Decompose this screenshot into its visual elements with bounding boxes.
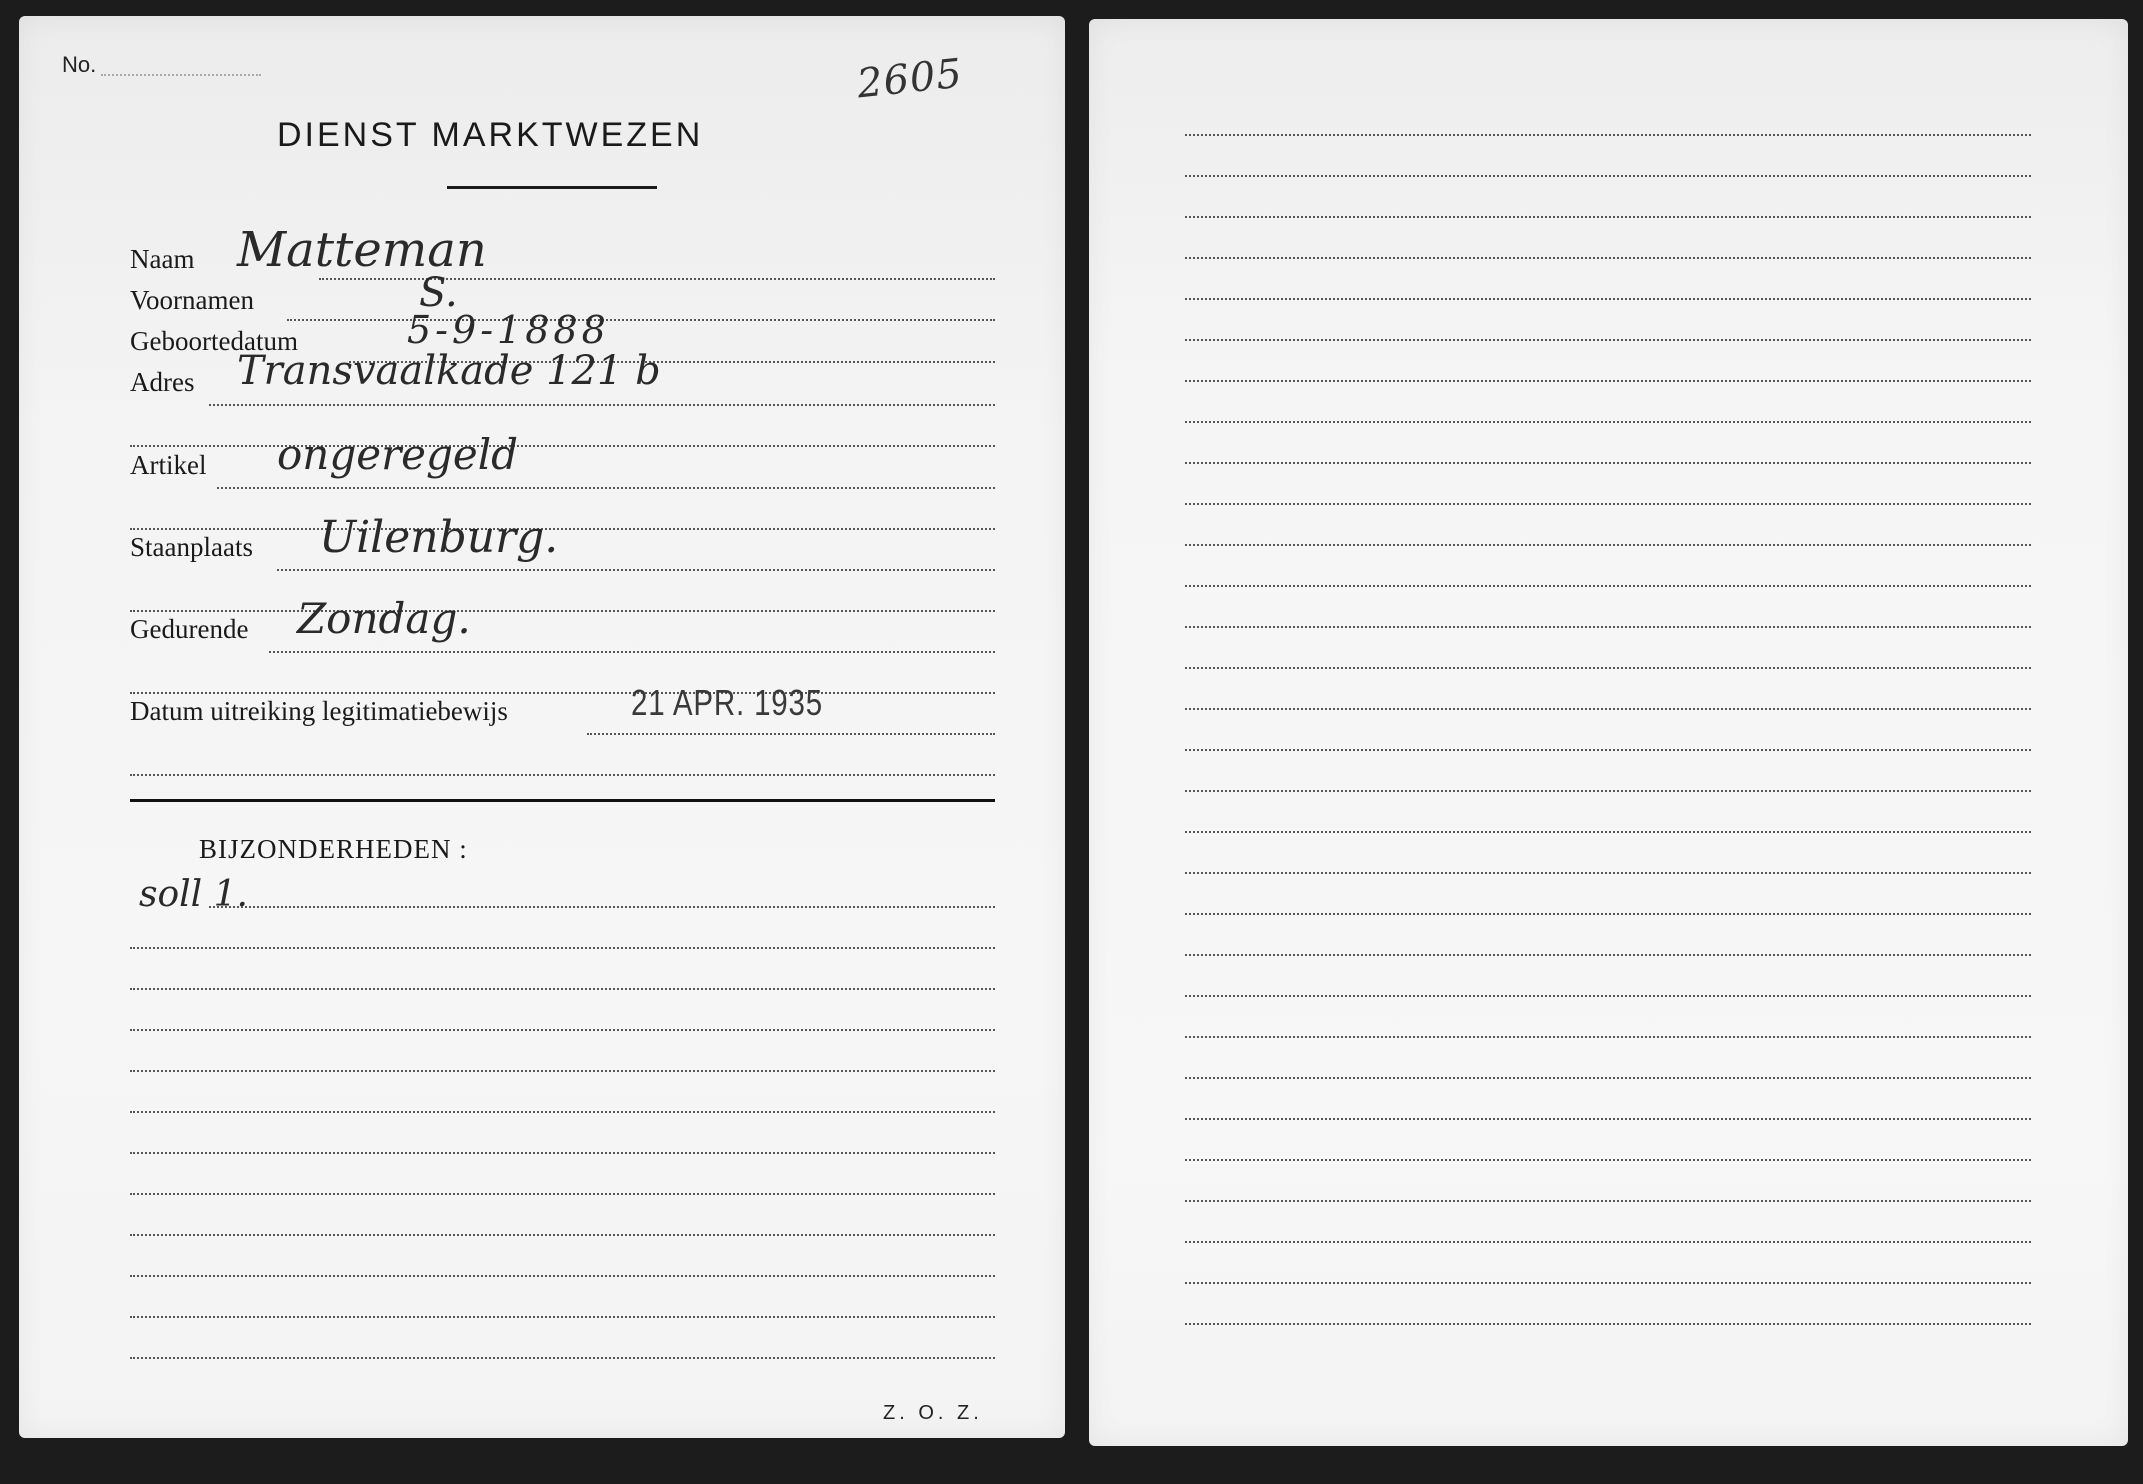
field-value-staanplaats: Uilenburg.: [319, 512, 558, 563]
title-underline: [447, 186, 657, 189]
dotted-line: [1185, 1077, 2031, 1079]
field-label-voornamen: Voornamen: [130, 285, 254, 316]
dotted-line: [1185, 216, 2031, 218]
dotted-line: [1185, 175, 2031, 177]
field-value-geboortedatum: 5-9-1888: [407, 308, 610, 352]
dotted-line: [287, 319, 995, 321]
dotted-line: [1185, 380, 2031, 382]
card-back: [1089, 19, 2128, 1446]
dotted-line: [130, 1111, 995, 1113]
dotted-line: [130, 1357, 995, 1359]
dotted-line: [1185, 544, 2031, 546]
section-divider: [130, 799, 995, 802]
dotted-line: [130, 1029, 995, 1031]
field-label-adres: Adres: [130, 367, 194, 398]
field-label-artikel: Artikel: [130, 450, 206, 481]
footer-zoz: Z. O. Z.: [883, 1402, 983, 1425]
dotted-line: [269, 651, 995, 653]
handwritten-number: 2605: [855, 51, 965, 108]
card-title: DIENST MARKTWEZEN: [277, 116, 703, 155]
dotted-line: [130, 528, 995, 530]
dotted-line: [1185, 1159, 2031, 1161]
dotted-line: [130, 1070, 995, 1072]
field-label-staanplaats: Staanplaats: [130, 532, 253, 563]
dotted-line: [130, 1234, 995, 1236]
dotted-line: [130, 1275, 995, 1277]
dotted-line: [1185, 1200, 2031, 1202]
number-dotted-line: [101, 74, 261, 76]
dotted-line: [1185, 954, 2031, 956]
dotted-line: [1185, 790, 2031, 792]
dotted-line: [209, 906, 995, 908]
dotted-line: [130, 445, 995, 447]
dotted-line: [130, 947, 995, 949]
dotted-line: [1185, 995, 2031, 997]
dotted-line: [1185, 585, 2031, 587]
dotted-line: [277, 569, 995, 571]
dotted-line: [1185, 1118, 2031, 1120]
dotted-line: [1185, 421, 2031, 423]
dotted-line: [587, 733, 995, 735]
field-label-gedurende: Gedurende: [130, 614, 248, 645]
dotted-line: [209, 404, 995, 406]
dotted-line: [1185, 913, 2031, 915]
dotted-line: [1185, 257, 2031, 259]
dotted-line: [130, 1152, 995, 1154]
dotted-line: [130, 1193, 995, 1195]
dotted-line: [130, 610, 995, 612]
dotted-line: [1185, 1241, 2031, 1243]
date-stamp: 21 APR. 1935: [631, 682, 823, 724]
field-value-gedurende: Zondag.: [297, 594, 471, 643]
dotted-line: [130, 1316, 995, 1318]
dotted-line: [1185, 1282, 2031, 1284]
dotted-line: [1185, 667, 2031, 669]
dotted-line: [1185, 1036, 2031, 1038]
card-front: No. 2605 DIENST MARKTWEZEN Naam Matteman…: [19, 16, 1065, 1438]
dotted-line: [130, 988, 995, 990]
dotted-line: [130, 774, 995, 776]
dotted-line: [1185, 872, 2031, 874]
dotted-line: [1185, 339, 2031, 341]
section-heading-bijzonderheden: BIJZONDERHEDEN :: [199, 834, 468, 865]
dotted-line: [1185, 134, 2031, 136]
section-note: soll 1.: [139, 874, 248, 915]
field-value-adres: Transvaalkade 121 b: [237, 348, 661, 394]
dotted-line: [1185, 749, 2031, 751]
dotted-line: [1185, 462, 2031, 464]
dotted-line: [1185, 298, 2031, 300]
field-label-naam: Naam: [130, 244, 194, 275]
dotted-line: [1185, 708, 2031, 710]
field-label-datum-uitreiking: Datum uitreiking legitimatiebewijs: [130, 696, 508, 727]
dotted-line: [1185, 626, 2031, 628]
dotted-line: [130, 692, 995, 694]
dotted-line: [1185, 503, 2031, 505]
dotted-line: [1185, 831, 2031, 833]
dotted-line: [1185, 1323, 2031, 1325]
field-value-artikel: ongeregeld: [277, 430, 518, 479]
number-label: No.: [62, 52, 96, 78]
dotted-line: [217, 487, 995, 489]
